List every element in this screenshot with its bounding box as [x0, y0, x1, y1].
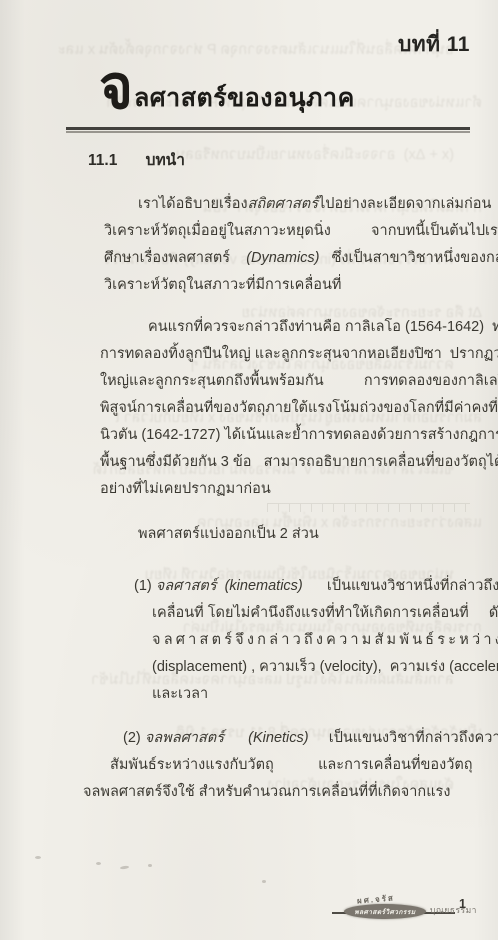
division-statement: พลศาสตร์แบ่งออกเป็น 2 ส่วน [138, 521, 319, 548]
double-rule-divider [66, 127, 470, 133]
text-line: วิเคราะห์วัตถุในสภาวะที่มีการเคลื่อนที่ [104, 272, 474, 299]
text-line: ใหญ่และลูกกระสุนตกถึงพื้นพร้อมกัน การทดล… [100, 368, 476, 395]
text-line: คนแรกที่ควรจะกล่าวถึงท่านคือ กาลิเลโอ (1… [100, 314, 476, 341]
text-line: (displacement) , ความเร็ว (velocity), คว… [152, 654, 474, 681]
divider-dark-line [66, 127, 470, 130]
section-heading: 11.1 บทนำ [88, 147, 185, 172]
text-line: เราได้อธิบายเรื่องสถิตศาสตร์ไปอย่างละเอี… [104, 191, 474, 218]
footer-rule [332, 912, 455, 914]
text-line: นิวตัน (1642-1727) ได้เน้นและย้ำการทดลอง… [100, 422, 476, 449]
author-surname: บุณยธรรมา [430, 903, 477, 917]
kinetics-item: (2) จลพลศาสตร์ (Kinetics) เป็นแขนงวิชาที… [150, 725, 474, 806]
page-content: บทที่ 11 จ ลศาสตร์ของอนุภาค 11.1 บทนำ เร… [0, 0, 498, 940]
kinematics-item: (1) จลศาสตร์ (kinematics) เป็นแขนงวิชาหน… [152, 573, 474, 708]
divider-light-line [66, 131, 470, 133]
chapter-title-dropcap: จ [99, 61, 131, 116]
text-line: การทดลองทิ้งลูกปืนใหญ่ และลูกกระสุนจากหอ… [100, 341, 476, 368]
chapter-label: บทที่ 11 [398, 28, 470, 61]
author-prefix: ผศ.จรัส [357, 891, 396, 907]
text-line: และเวลา [152, 681, 474, 708]
text-line: (1) จลศาสตร์ (kinematics) เป็นแขนงวิชาหน… [134, 573, 474, 600]
text-line: ศึกษาเรื่องพลศาสตร์ (Dynamics) ซึ่งเป็นส… [104, 245, 474, 272]
chapter-title-text: ลศาสตร์ของอนุภาค [134, 78, 355, 118]
text-line: วิเคราะห์วัตถุเมื่ออยู่ในสภาวะหยุดนิ่ง จ… [104, 218, 474, 245]
text-line: สัมพันธ์ระหว่างแรงกับวัตถุ และการเคลื่อน… [110, 752, 474, 779]
page-number: 1 [459, 897, 466, 911]
text-line: จลพลศาสตร์จึงใช้ สำหรับคำนวณการเคลื่อนที… [83, 779, 474, 806]
text-line: เคลื่อนที่ โดยไม่คำนึงถึงแรงที่ทำให้เกิด… [152, 600, 474, 627]
section-title: บทนำ [146, 152, 185, 169]
text-line: พื้นฐานซึ่งมีด้วยกัน 3 ข้อ สามารถอธิบายก… [100, 449, 476, 476]
scanned-book-page: อนุภาคเคลื่อนที่ในแนวเส้นตรงจากจุด P ห่า… [0, 0, 498, 940]
series-logo-stamp: พลศาสตร์วิศวกรรม [344, 904, 426, 919]
text-line: พิสูจน์การเคลื่อนที่ของวัตถุภายใต้แรงโน้… [100, 395, 476, 422]
intro-paragraph: เราได้อธิบายเรื่องสถิตศาสตร์ไปอย่างละเอี… [104, 191, 474, 299]
text-line: จลศาสตร์จึงกล่าวถึงความสัมพันธ์ระหว่างกา… [152, 627, 474, 654]
section-number: 11.1 [88, 152, 117, 169]
text-line: (2) จลพลศาสตร์ (Kinetics) เป็นแขนงวิชาที… [123, 725, 474, 752]
text-line: อย่างที่ไม่เคยปรากฏมาก่อน [100, 476, 476, 503]
galileo-paragraph: คนแรกที่ควรจะกล่าวถึงท่านคือ กาลิเลโอ (1… [100, 314, 476, 503]
text-line: พลศาสตร์แบ่งออกเป็น 2 ส่วน [138, 521, 319, 548]
chapter-title: จ ลศาสตร์ของอนุภาค [99, 62, 355, 118]
